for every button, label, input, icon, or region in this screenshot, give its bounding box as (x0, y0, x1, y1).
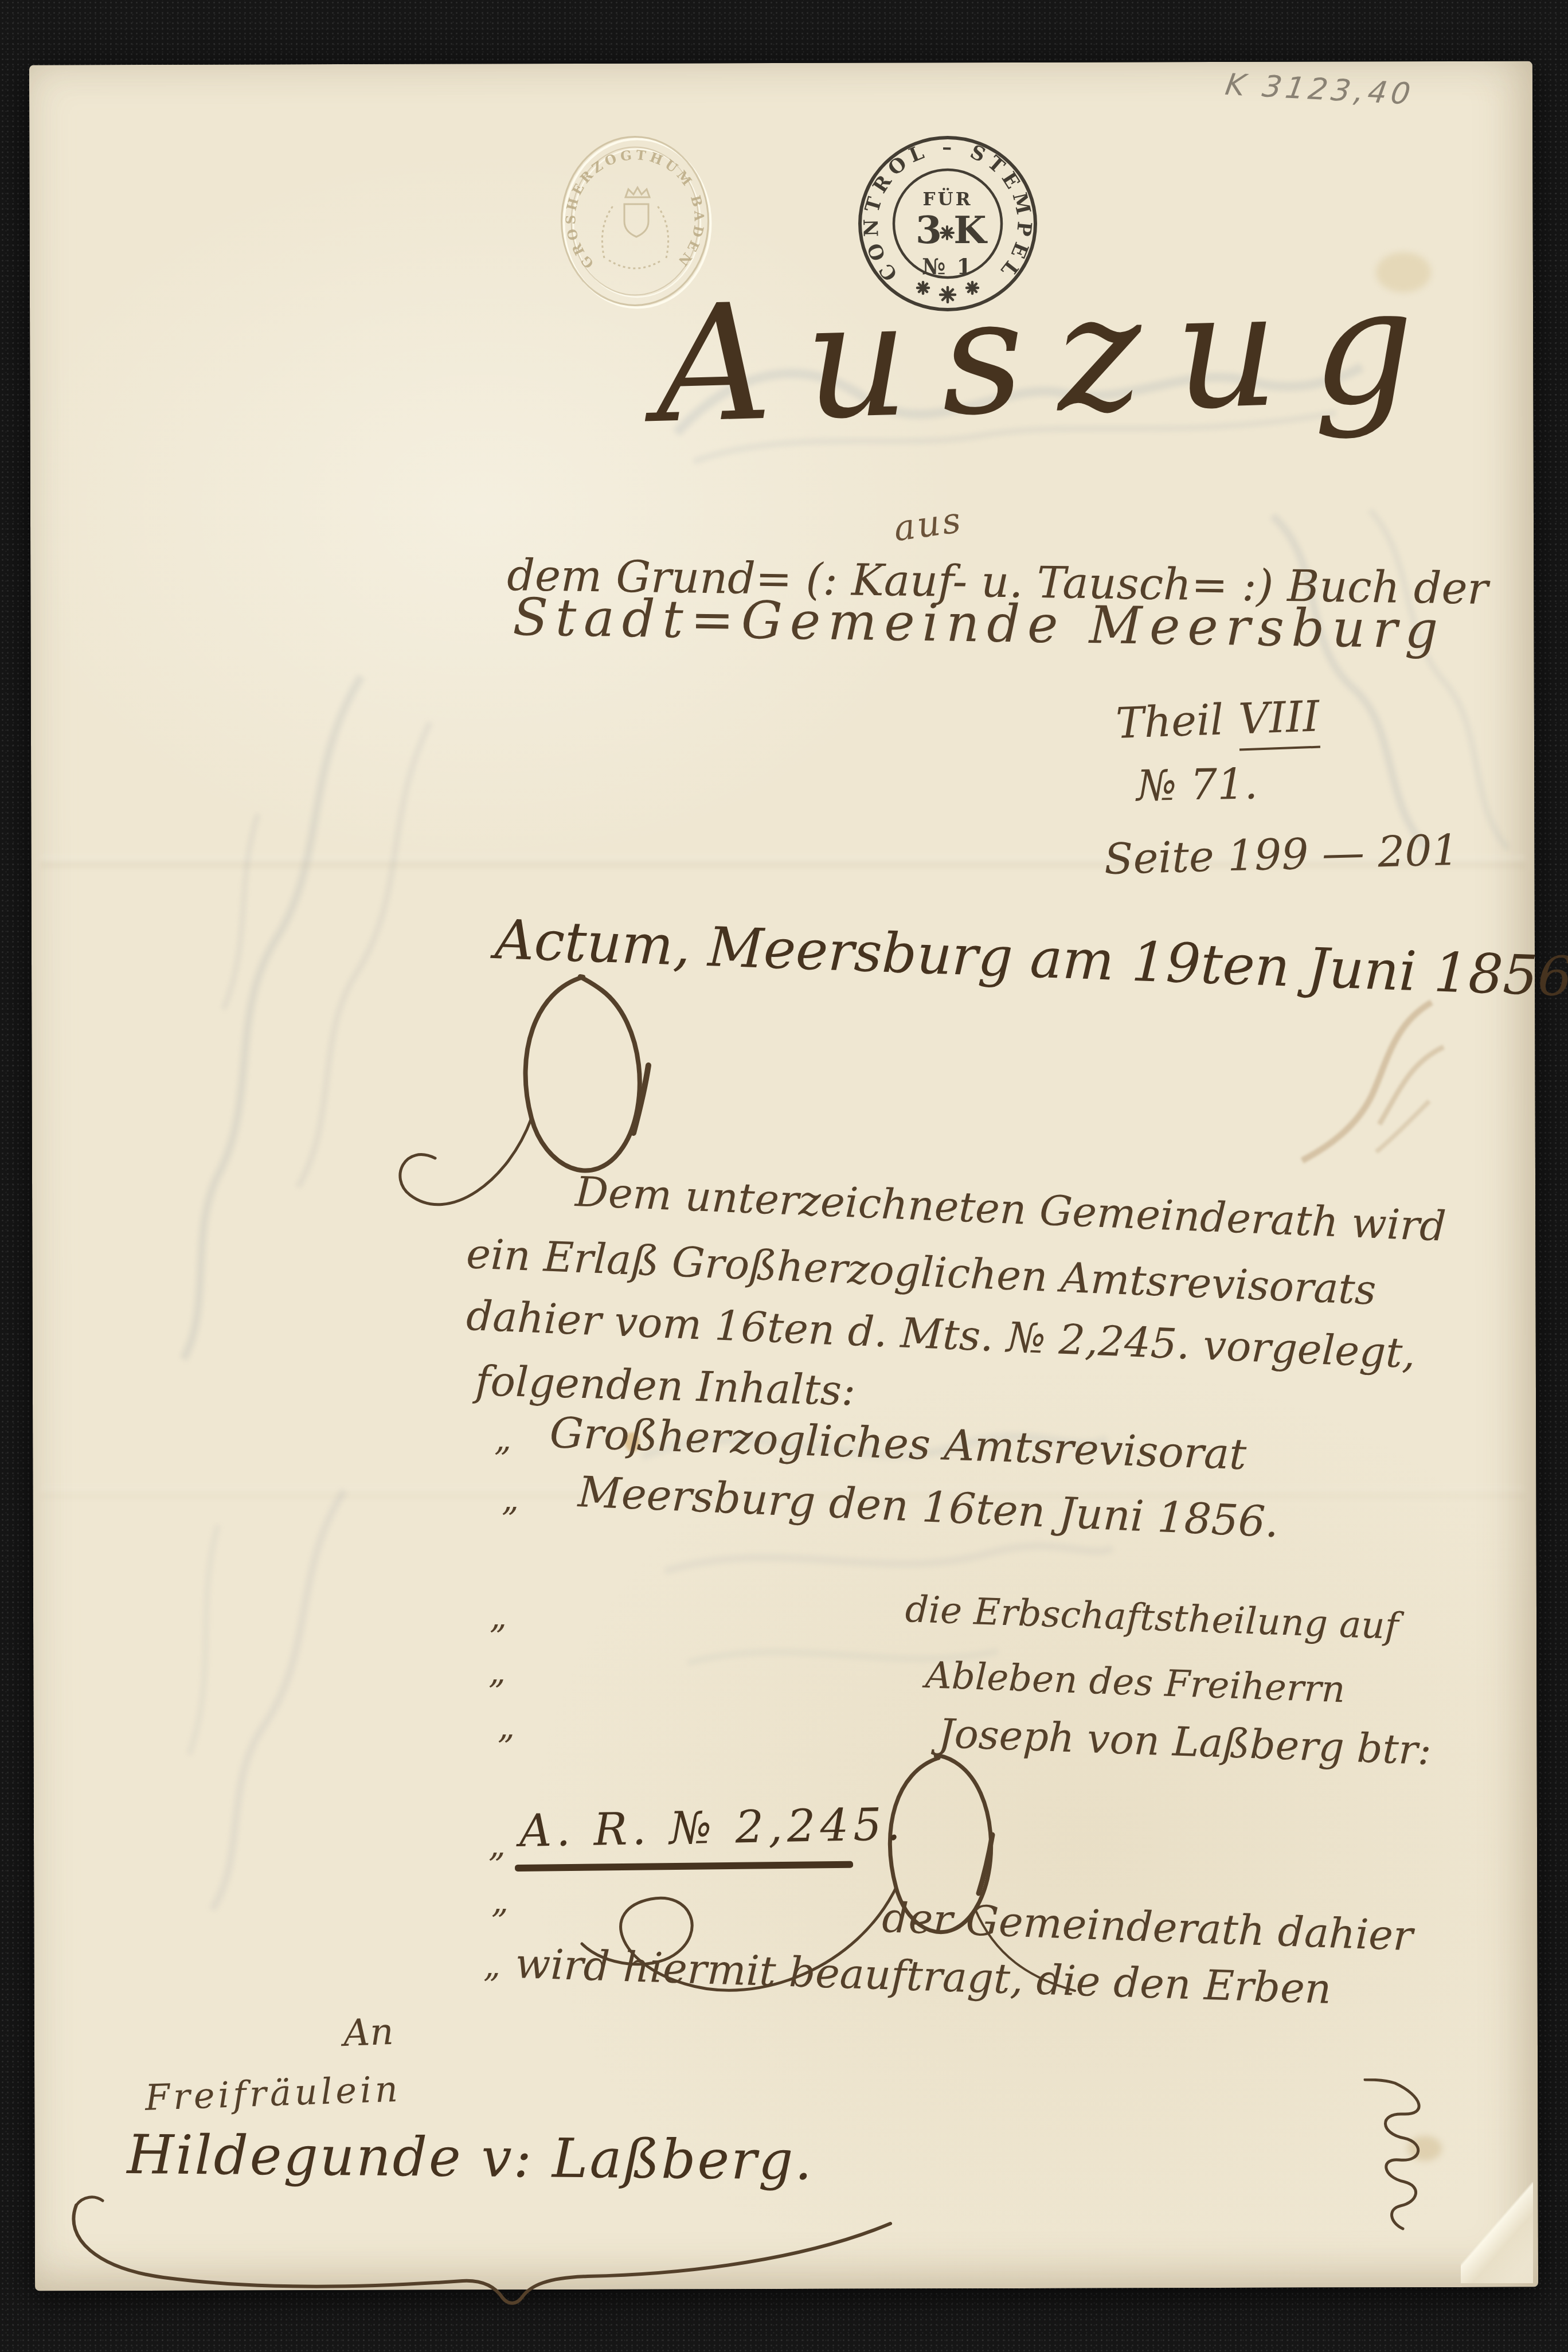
quote-mark: „ (494, 1422, 511, 1455)
folded-corner (1461, 2182, 1533, 2283)
reference-number: № 71. (1136, 763, 1258, 807)
address-line-2: Freifräulein (144, 2071, 402, 2116)
stamp-fuer-text: FÜR (923, 187, 973, 210)
subtitle-line-3: Stadt=Gemeinde Meersburg (513, 592, 1446, 657)
stamp-value-text: 3 (916, 208, 942, 252)
quote-mark: „ (488, 1655, 506, 1688)
seal-coat-of-arms-icon (602, 187, 668, 268)
bleed-through-ghost (1259, 982, 1476, 1179)
document-title: Auszug (654, 266, 1403, 446)
subtitle-line-1: aus (891, 502, 965, 546)
scan-canvas: { "colors": { "background": "#161616", "… (0, 0, 1568, 2352)
quote-mark: „ (488, 1828, 506, 1861)
body-line: folgenden Inhalts: (475, 1360, 856, 1411)
address-line-1: An (343, 2014, 394, 2052)
quote-mark: „ (491, 1884, 509, 1917)
reference-part-numeral: VIII (1238, 692, 1320, 751)
quote-mark: „ (502, 1482, 519, 1515)
reference-part-line: TheilVIII (1115, 696, 1320, 745)
address-line-3: Hildegunde v: Laßberg. (127, 2128, 814, 2188)
bleed-through-ghost (103, 1456, 424, 1927)
reference-pages: Seite 199 — 201 (1104, 829, 1459, 881)
file-reference: A. R. № 2,245. (519, 1802, 905, 1854)
quote-mark: „ (483, 1948, 500, 1982)
reference-part-label: Theil (1115, 695, 1225, 748)
stamp-unit-text: K (953, 208, 988, 252)
address-swash-flourish (60, 2190, 897, 2305)
quote-mark: „ (498, 1710, 515, 1743)
margin-squiggle-flourish (1310, 2078, 1465, 2251)
quote-mark: „ (490, 1600, 507, 1633)
star-icon (941, 226, 953, 239)
